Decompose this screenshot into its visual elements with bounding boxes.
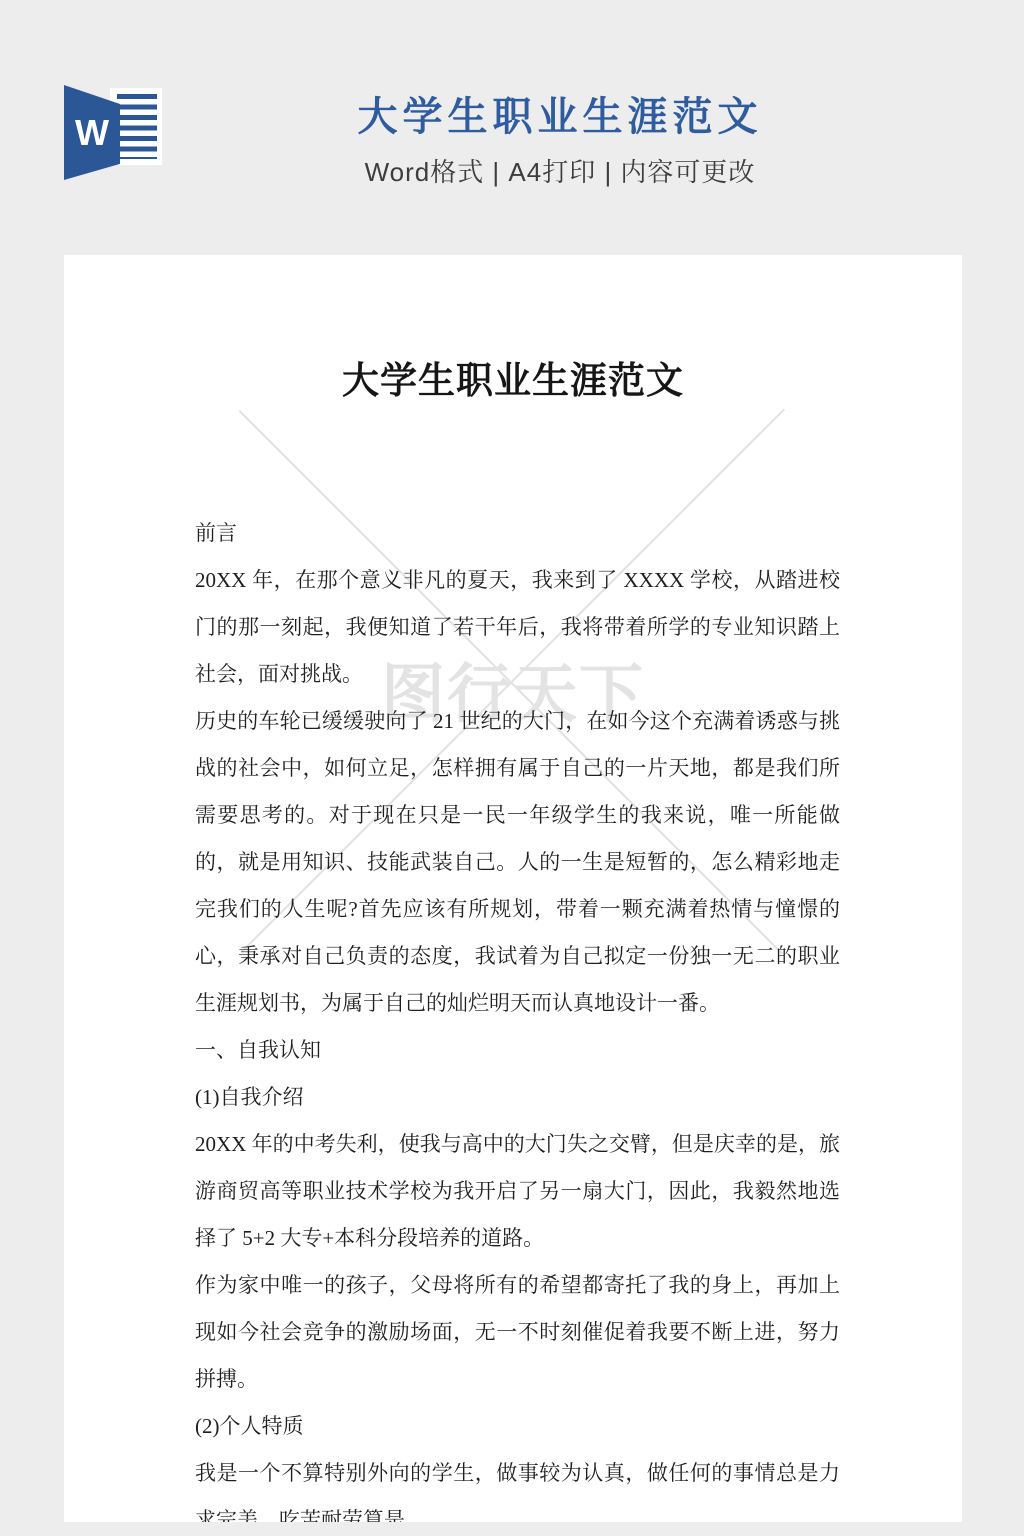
doc-paragraph: (1)自我介绍	[195, 1074, 840, 1121]
doc-paragraph: 我是一个不算特别外向的学生，做事较为认真，做任何的事情总是力求完美。吃苦耐劳算是	[195, 1450, 840, 1522]
doc-paragraph: 作为家中唯一的孩子，父母将所有的希望都寄托了我的身上，再加上现如今社会竞争的激励…	[195, 1262, 840, 1403]
header-title: 大学生职业生涯范文	[48, 0, 1024, 138]
document-content: 大学生职业生涯范文 前言20XX 年，在那个意义非凡的夏天，我来到了 XXXX …	[64, 255, 962, 1522]
doc-paragraph: 20XX 年的中考失利，使我与高中的大门失之交臂，但是庆幸的是，旅游商贸高等职业…	[195, 1121, 840, 1262]
header-text-block: 大学生职业生涯范文 Word格式 | A4打印 | 内容可更改	[48, 0, 1024, 186]
header: W 大学生职业生涯范文 Word格式 | A4打印 | 内容可更改	[0, 0, 1024, 255]
doc-paragraph: (2)个人特质	[195, 1403, 840, 1450]
document-page: 图行天下 大学生职业生涯范文 前言20XX 年，在那个意义非凡的夏天，我来到了 …	[64, 255, 962, 1522]
header-subtitle: Word格式 | A4打印 | 内容可更改	[48, 138, 1024, 186]
doc-paragraph: 一、自我认知	[195, 1027, 840, 1074]
document-title: 大学生职业生涯范文	[64, 255, 962, 400]
document-body: 前言20XX 年，在那个意义非凡的夏天，我来到了 XXXX 学校，从踏进校门的那…	[195, 510, 840, 1522]
doc-paragraph: 前言	[195, 510, 840, 557]
doc-paragraph: 历史的车轮已缓缓驶向了 21 世纪的大门，在如今这个充满着诱惑与挑战的社会中，如…	[195, 698, 840, 1027]
doc-paragraph: 20XX 年，在那个意义非凡的夏天，我来到了 XXXX 学校，从踏进校门的那一刻…	[195, 557, 840, 698]
